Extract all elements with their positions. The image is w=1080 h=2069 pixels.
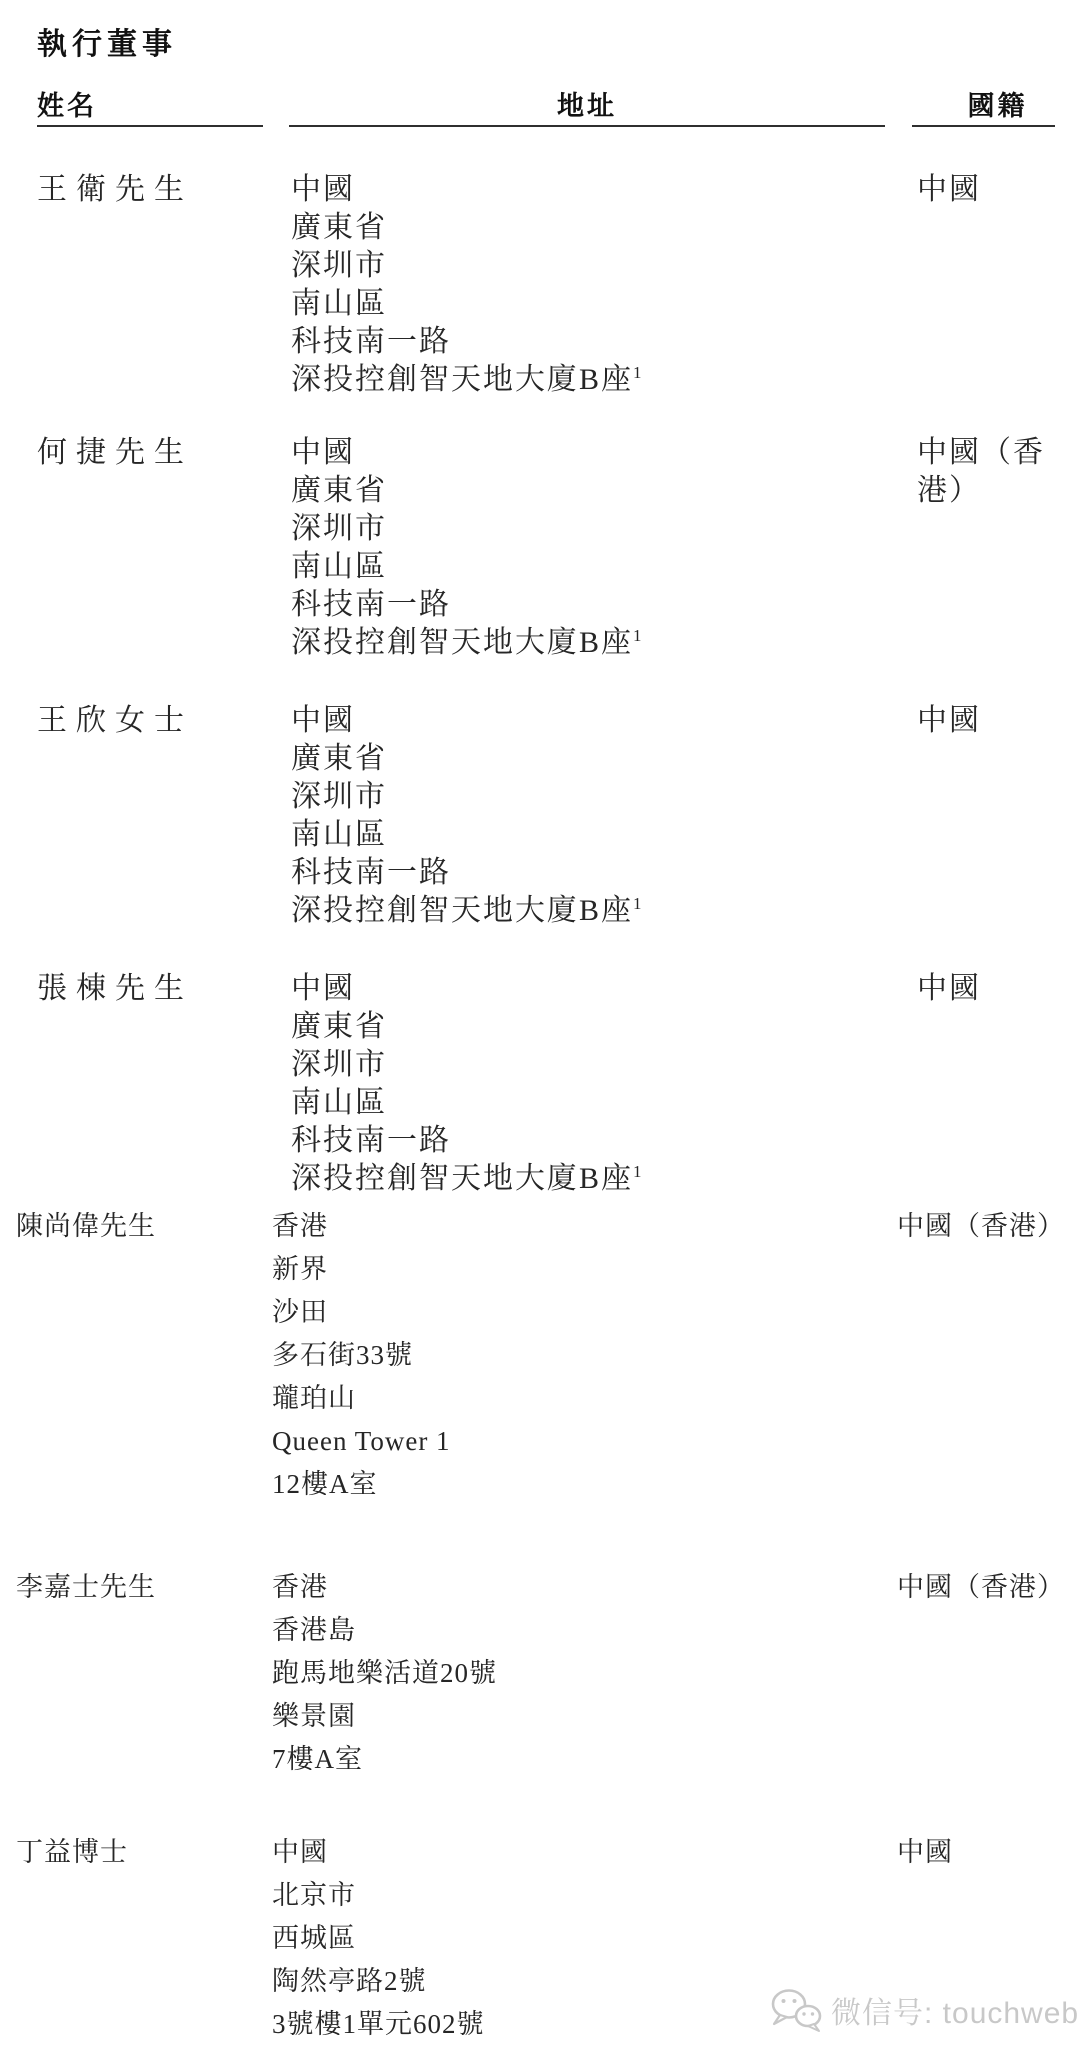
director-nationality: 中國（香港）: [917, 434, 1080, 510]
director-address: 中國 北京市 西城區 陶然亭路2號 3號樓1單元602號: [272, 1831, 485, 2046]
director-nationality: 中國: [897, 1831, 953, 1874]
header-rule-name: [37, 125, 263, 127]
director-nationality: 中國: [917, 702, 981, 740]
director-nationality: 中國: [917, 171, 981, 209]
footnote-marker: 1: [633, 1162, 642, 1181]
director-address: 中國 廣東省 深圳市 南山區 科技南一路 深投控創智天地大廈B座1: [291, 970, 642, 1198]
director-name: 張棟先生: [37, 970, 193, 1008]
wechat-icon: [768, 1986, 824, 2034]
header-rule-address: [289, 125, 885, 127]
footnote-marker: 1: [633, 626, 642, 645]
address-text: 香港 新界 沙田 多石街33號 瓏珀山 Queen Tower 1 12樓A室: [272, 1211, 451, 1499]
column-header-nationality: 國籍: [940, 91, 1055, 121]
director-address: 中國 廣東省 深圳市 南山區 科技南一路 深投控創智天地大廈B座1: [291, 171, 642, 399]
director-name: 何捷先生: [37, 434, 193, 472]
director-name: 陳尚偉先生: [16, 1205, 156, 1248]
director-address: 中國 廣東省 深圳市 南山區 科技南一路 深投控創智天地大廈B座1: [291, 434, 642, 662]
director-address: 香港 香港島 跑馬地樂活道20號 樂景園 7樓A室: [272, 1566, 497, 1781]
document-page: 執行董事 姓名 地址 國籍 王衛先生 中國 廣東省 深圳市 南山區 科技南一路 …: [0, 0, 1080, 2069]
director-nationality: 中國: [917, 970, 981, 1008]
address-text: 香港 香港島 跑馬地樂活道20號 樂景園 7樓A室: [272, 1572, 497, 1774]
page-title: 執行董事: [37, 28, 177, 62]
address-text: 中國 廣東省 深圳市 南山區 科技南一路 深投控創智天地大廈B座: [291, 972, 633, 1195]
footnote-marker: 1: [633, 363, 642, 382]
column-header-name: 姓名: [37, 91, 97, 121]
watermark-label: 微信号: touchweb: [831, 1988, 1079, 2032]
director-name: 王欣女士: [37, 702, 193, 740]
header-rule-nationality: [912, 125, 1055, 127]
address-text: 中國 廣東省 深圳市 南山區 科技南一路 深投控創智天地大廈B座: [291, 173, 633, 396]
column-header-address: 地址: [289, 91, 885, 121]
director-name: 李嘉士先生: [16, 1566, 156, 1609]
director-name: 王衛先生: [37, 171, 193, 209]
director-nationality: 中國（香港）: [897, 1205, 1065, 1248]
director-address: 香港 新界 沙田 多石街33號 瓏珀山 Queen Tower 1 12樓A室: [272, 1205, 451, 1506]
address-text: 中國 北京市 西城區 陶然亭路2號 3號樓1單元602號: [272, 1837, 485, 2039]
director-nationality: 中國（香港）: [897, 1566, 1065, 1609]
watermark: 微信号: touchweb: [768, 1986, 1079, 2034]
footnote-marker: 1: [633, 894, 642, 913]
address-text: 中國 廣東省 深圳市 南山區 科技南一路 深投控創智天地大廈B座: [291, 704, 633, 927]
director-name: 丁益博士: [16, 1831, 128, 1874]
director-address: 中國 廣東省 深圳市 南山區 科技南一路 深投控創智天地大廈B座1: [291, 702, 642, 930]
address-text: 中國 廣東省 深圳市 南山區 科技南一路 深投控創智天地大廈B座: [291, 436, 633, 659]
